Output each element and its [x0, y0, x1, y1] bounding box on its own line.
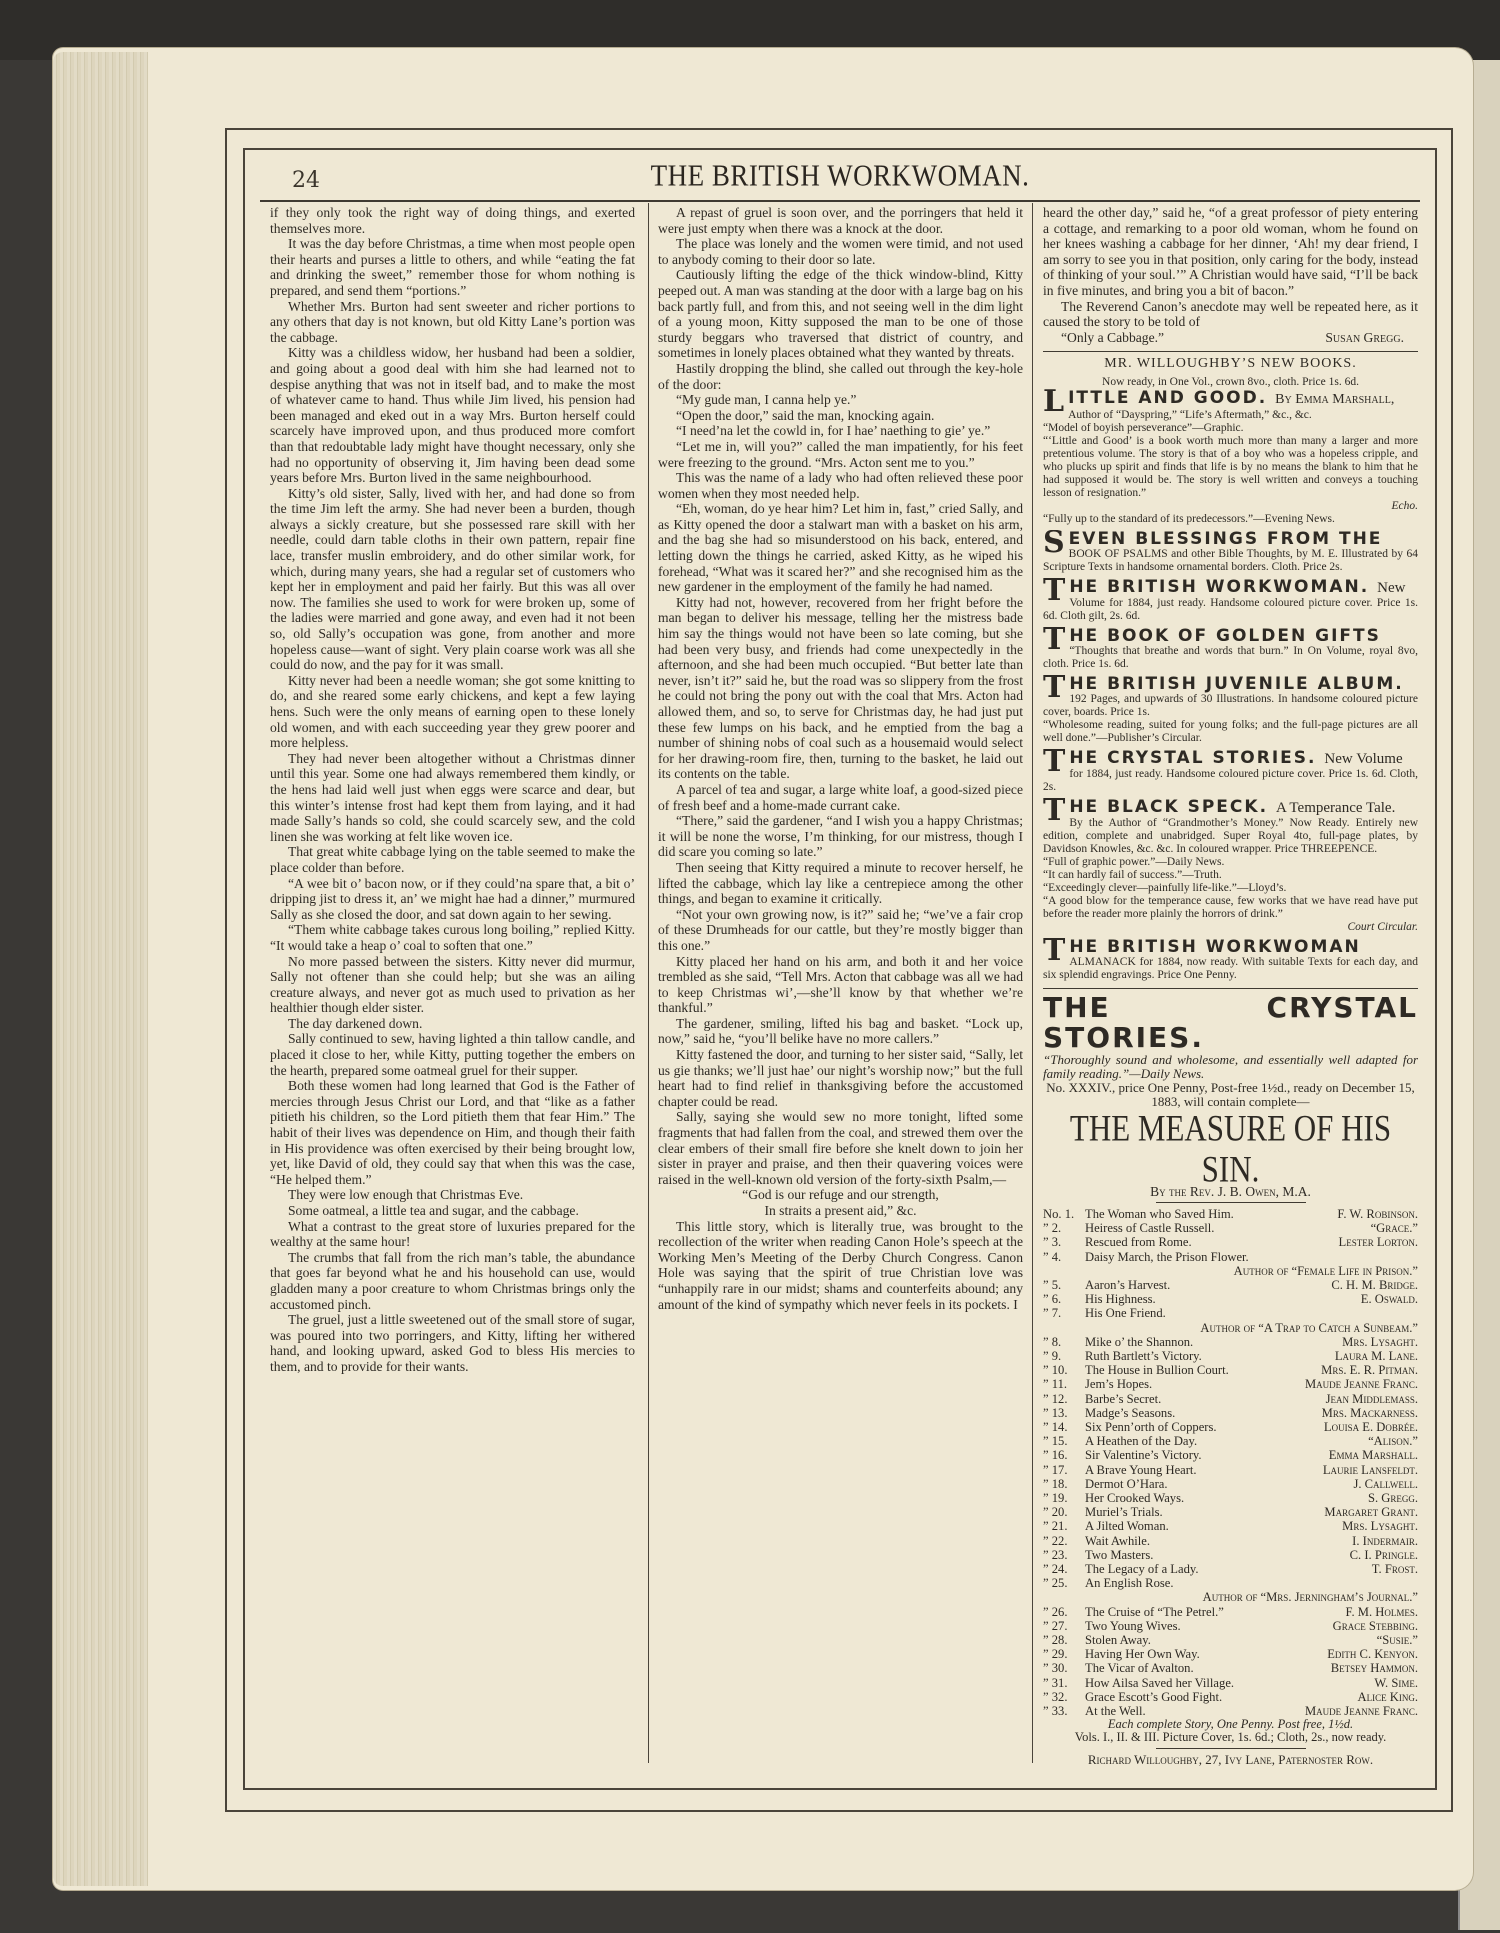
ad-title: HE BOOK OF GOLDEN GIFTS: [1069, 627, 1381, 646]
story-title: Six Penn’orth of Coppers.: [1085, 1420, 1324, 1434]
story-paragraph: “I need’na let the cowld in, for I hae’ …: [658, 423, 1023, 439]
story-author: Lester Lorton.: [1339, 1235, 1418, 1249]
story-author: “Alison.”: [1368, 1434, 1418, 1448]
story-list: No. 1.The Woman who Saved Him.F. W. Robi…: [1043, 1207, 1418, 1718]
story-number: ” 26.: [1043, 1605, 1085, 1619]
drop-cap: T: [1043, 578, 1067, 604]
story-title: Barbe’s Secret.: [1085, 1392, 1326, 1406]
story-paragraph: A repast of gruel is soon over, and the …: [658, 205, 1023, 236]
story-list-item: ” 28.Stolen Away.“Susie.”: [1043, 1633, 1418, 1647]
column-3-story-and-ads: heard the other day,” said he, “of a gre…: [1043, 205, 1418, 1775]
story-number: ” 6.: [1043, 1292, 1085, 1306]
story-author-note: Author of “A Trap to Catch a Sunbeam.”: [1043, 1321, 1418, 1335]
story-title: Heiress of Castle Russell.: [1085, 1221, 1371, 1235]
ad-british-workwoman-volume: THE BRITISH WORKWOMAN. New Volume for 18…: [1043, 578, 1418, 623]
story-paragraph: Sally continued to sew, having lighted a…: [270, 1031, 635, 1078]
story-author: F. M. Holmes.: [1345, 1605, 1418, 1619]
story-paragraph: It was the day before Christmas, a time …: [270, 236, 635, 298]
story-number: ” 13.: [1043, 1406, 1085, 1420]
ad-body: ALMANACK for 1884, now ready. With suita…: [1043, 956, 1418, 982]
story-author: F. W. Robinson.: [1337, 1207, 1418, 1221]
story-list-item: ” 10.The House in Bullion Court.Mrs. E. …: [1043, 1363, 1418, 1377]
drop-cap: L: [1043, 389, 1066, 415]
story-number: ” 22.: [1043, 1534, 1085, 1548]
story-paragraph: A parcel of tea and sugar, a large white…: [658, 782, 1023, 813]
story-author: T. Frost.: [1372, 1562, 1418, 1576]
story-author: “Susie.”: [1377, 1633, 1418, 1647]
ad-body: 192 Pages, and upwards of 30 Illustratio…: [1043, 693, 1418, 719]
story-number: ” 15.: [1043, 1434, 1085, 1448]
story-paragraph: if they only took the right way of doing…: [270, 205, 635, 236]
story-paragraph: “Let me in, will you?” called the man im…: [658, 439, 1023, 470]
ad-body: BOOK OF PSALMS and other Bible Thoughts,…: [1043, 548, 1418, 574]
story-author: Alice King.: [1358, 1690, 1418, 1704]
story-title: Two Masters.: [1085, 1548, 1350, 1562]
story-paragraph: Hastily dropping the blind, she called o…: [658, 361, 1023, 392]
story-number: ” 5.: [1043, 1278, 1085, 1292]
story-number: ” 17.: [1043, 1463, 1085, 1477]
divider: [1156, 1202, 1306, 1203]
story-list-item: ” 26.The Cruise of “The Petrel.”F. M. Ho…: [1043, 1605, 1418, 1619]
story-paragraph: Sally, saying she would sew no more toni…: [658, 1109, 1023, 1187]
story-title: His Highness.: [1085, 1292, 1361, 1306]
journal-title: THE BRITISH WORKWOMAN.: [260, 158, 1420, 194]
story-list-item: ” 20.Muriel’s Trials.Margaret Grant.: [1043, 1505, 1418, 1519]
masthead: 24 THE BRITISH WORKWOMAN.: [260, 152, 1420, 202]
story-number: ” 3.: [1043, 1235, 1085, 1249]
story-author-note: Author of “Female Life in Prison.”: [1043, 1264, 1418, 1278]
story-paragraph: Kitty had not, however, recovered from h…: [658, 595, 1023, 782]
story-author: E. Oswald.: [1361, 1292, 1418, 1306]
story-number: No. 1.: [1043, 1207, 1085, 1221]
ad-little-and-good: Now ready, in One Vol., crown 8vo., clot…: [1043, 376, 1418, 526]
story-number: ” 20.: [1043, 1505, 1085, 1519]
story-author: Mrs. Mackarness.: [1322, 1406, 1418, 1420]
story-author: Emma Marshall.: [1329, 1448, 1418, 1462]
story-list-item: ” 17.A Brave Young Heart.Laurie Lansfeld…: [1043, 1463, 1418, 1477]
story-number: ” 7.: [1043, 1306, 1085, 1320]
story-list-item: ” 27.Two Young Wives.Grace Stebbing.: [1043, 1619, 1418, 1633]
story-title: Grace Escott’s Good Fight.: [1085, 1690, 1358, 1704]
story-title: Muriel’s Trials.: [1085, 1505, 1324, 1519]
story-number: ” 18.: [1043, 1477, 1085, 1491]
crystal-stories-quote: “Thoroughly sound and wholesome, and ess…: [1043, 1053, 1418, 1081]
story-number: ” 10.: [1043, 1363, 1085, 1377]
story-author: Mrs. Lysaght.: [1342, 1519, 1418, 1533]
story-list-item: ” 12.Barbe’s Secret.Jean Middlemass.: [1043, 1392, 1418, 1406]
story-title: Daisy March, the Prison Flower.: [1085, 1250, 1418, 1264]
ad-body: for 1884, just ready. Handsome coloured …: [1043, 768, 1418, 794]
column-divider: [648, 203, 649, 1763]
drop-cap: T: [1043, 627, 1067, 653]
story-paragraph: “A wee bit o’ bacon now, or if they coul…: [270, 876, 635, 923]
story-number: ” 27.: [1043, 1619, 1085, 1633]
story-author-note: Author of “Mrs. Jerningham’s Journal.”: [1043, 1590, 1418, 1604]
story-title: The Legacy of a Lady.: [1085, 1562, 1372, 1576]
crystal-stories-title: THE CRYSTAL STORIES.: [1043, 993, 1418, 1053]
story-author: W. Sime.: [1374, 1676, 1418, 1690]
feature-story-title: THE MEASURE OF HIS SIN.: [1043, 1108, 1418, 1190]
ad-title-tail: New: [1377, 580, 1405, 596]
story-list-item: ” 15.A Heathen of the Day.“Alison.”: [1043, 1434, 1418, 1448]
story-title: Mike o’ the Shannon.: [1085, 1335, 1342, 1349]
story-number: ” 30.: [1043, 1661, 1085, 1675]
story-title: A Jilted Woman.: [1085, 1519, 1342, 1533]
story-signature: “Only a Cabbage.” Susan Gregg.: [1043, 330, 1418, 346]
story-number: ” 14.: [1043, 1420, 1085, 1434]
story-title: Two Young Wives.: [1085, 1619, 1333, 1633]
story-title: A Heathen of the Day.: [1085, 1434, 1368, 1448]
story-author: Louisa E. Dobrée.: [1324, 1420, 1418, 1434]
drop-cap: T: [1043, 675, 1067, 701]
story-list-item: ” 19.Her Crooked Ways.S. Gregg.: [1043, 1491, 1418, 1505]
story-paragraph: “Them white cabbage takes curous long bo…: [270, 922, 635, 953]
story-list-item: ” 11.Jem’s Hopes.Maude Jeanne Franc.: [1043, 1377, 1418, 1391]
divider: [1043, 988, 1418, 989]
ad-review: “Wholesome reading, suited for young fol…: [1043, 719, 1418, 745]
ad-seven-blessings: SEVEN BLESSINGS FROM THE BOOK OF PSALMS …: [1043, 530, 1418, 574]
story-number: ” 2.: [1043, 1221, 1085, 1235]
story-author: Mrs. E. R. Pitman.: [1321, 1363, 1418, 1377]
story-number: ” 24.: [1043, 1562, 1085, 1576]
story-author: Mrs. Lysaght.: [1342, 1335, 1418, 1349]
story-number: ” 21.: [1043, 1519, 1085, 1533]
story-title: The Vicar of Avalton.: [1085, 1661, 1331, 1675]
ad-author-of: Author of “Dayspring,” “Life’s Aftermath…: [1043, 409, 1418, 422]
drop-cap: T: [1043, 749, 1067, 775]
story-paragraph: What a contrast to the great store of lu…: [270, 1219, 635, 1250]
story-author: C. I. Pringle.: [1350, 1548, 1418, 1562]
ad-body: Volume for 1884, just ready. Handsome co…: [1043, 597, 1418, 623]
story-author: Maude Jeanne Franc.: [1305, 1377, 1418, 1391]
ad-golden-gifts: THE BOOK OF GOLDEN GIFTS “Thoughts that …: [1043, 627, 1418, 671]
ad-review: “‘Little and Good’ is a book worth much …: [1043, 435, 1418, 500]
ad-review: “Full of graphic power.”—Daily News.: [1043, 856, 1418, 869]
story-title: Jem’s Hopes.: [1085, 1377, 1305, 1391]
story-list-item: ” 7.His One Friend.: [1043, 1306, 1418, 1320]
ad-title: HE BRITISH WORKWOMAN: [1069, 938, 1360, 957]
story-title: The Cruise of “The Petrel.”: [1085, 1605, 1345, 1619]
story-end-paragraph: The Reverend Canon’s anecdote may well b…: [1043, 299, 1418, 330]
story-paragraph: “Eh, woman, do ye hear him? Let him in, …: [658, 501, 1023, 595]
story-list-item: ” 16.Sir Valentine’s Victory.Emma Marsha…: [1043, 1448, 1418, 1462]
ad-review: “A good blow for the temperance cause, f…: [1043, 895, 1418, 921]
story-list-item: ” 2.Heiress of Castle Russell.“Grace.”: [1043, 1221, 1418, 1235]
drop-cap: T: [1043, 798, 1067, 824]
story-closing-paragraph: This little story, which is literally tr…: [658, 1219, 1023, 1313]
ad-title-tail: New Volume: [1324, 751, 1402, 767]
story-list-item: ” 13.Madge’s Seasons.Mrs. Mackarness.: [1043, 1406, 1418, 1420]
story-author: I. Indermair.: [1352, 1534, 1418, 1548]
story-paragraph: “Open the door,” said the man, knocking …: [658, 408, 1023, 424]
story-number: ” 28.: [1043, 1633, 1085, 1647]
story-author: “Grace.”: [1371, 1221, 1418, 1235]
ad-review: “Fully up to the standard of its predece…: [1043, 513, 1418, 526]
story-list-item: ” 31.How Ailsa Saved her Village.W. Sime…: [1043, 1676, 1418, 1690]
story-author: S. Gregg.: [1368, 1491, 1418, 1505]
story-number: ” 33.: [1043, 1704, 1085, 1718]
ad-title: HE BLACK SPECK.: [1069, 798, 1268, 817]
story-paragraph: Then seeing that Kitty required a minute…: [658, 860, 1023, 907]
divider: [1156, 1748, 1306, 1749]
ad-body: “Thoughts that breathe and words that bu…: [1043, 645, 1418, 671]
story-paragraph: No more passed between the sisters. Kitt…: [270, 954, 635, 1016]
story-paragraph: The crumbs that fall from the rich man’s…: [270, 1250, 635, 1312]
story-paragraph: Some oatmeal, a little tea and sugar, an…: [270, 1203, 635, 1219]
story-title: Sir Valentine’s Victory.: [1085, 1448, 1329, 1462]
story-author: Edith C. Kenyon.: [1327, 1647, 1418, 1661]
ad-crystal-stories-volume: THE CRYSTAL STORIES. New Volume for 1884…: [1043, 749, 1418, 794]
story-list-item: ” 23.Two Masters.C. I. Pringle.: [1043, 1548, 1418, 1562]
story-number: ” 31.: [1043, 1676, 1085, 1690]
story-title: Stolen Away.: [1085, 1633, 1377, 1647]
drop-cap: T: [1043, 938, 1067, 964]
story-number: ” 9.: [1043, 1349, 1085, 1363]
divider: [1043, 351, 1418, 352]
ad-title: HE BRITISH JUVENILE ALBUM.: [1069, 675, 1403, 694]
ad-review-source: Court Circular.: [1043, 921, 1418, 934]
story-title: Her Crooked Ways.: [1085, 1491, 1368, 1505]
ads-heading: MR. WILLOUGHBY’S NEW BOOKS.: [1043, 356, 1418, 372]
story-paragraph: “My gude man, I canna help ye.”: [658, 392, 1023, 408]
story-number: ” 4.: [1043, 1250, 1085, 1264]
story-list-item: ” 29.Having Her Own Way.Edith C. Kenyon.: [1043, 1647, 1418, 1661]
ad-review: “Model of boyish perseverance”—Graphic.: [1043, 422, 1418, 435]
story-list-item: No. 1.The Woman who Saved Him.F. W. Robi…: [1043, 1207, 1418, 1221]
story-title: His One Friend.: [1085, 1306, 1418, 1320]
story-paragraph: Both these women had long learned that G…: [270, 1078, 635, 1187]
story-title: Madge’s Seasons.: [1085, 1406, 1322, 1420]
story-number: ” 32.: [1043, 1690, 1085, 1704]
story-author: J. Callwell.: [1353, 1477, 1418, 1491]
story-paragraph: They had never been altogether without a…: [270, 751, 635, 845]
story-paragraph: Kitty fastened the door, and turning to …: [658, 1047, 1023, 1109]
story-paragraph: Cautiously lifting the edge of the thick…: [658, 267, 1023, 361]
story-title: The House in Bullion Court.: [1085, 1363, 1321, 1377]
story-list-item: ” 18.Dermot O’Hara.J. Callwell.: [1043, 1477, 1418, 1491]
ad-title: ITTLE AND GOOD.: [1068, 388, 1267, 408]
story-title: At the Well.: [1085, 1704, 1305, 1718]
story-number: ” 19.: [1043, 1491, 1085, 1505]
story-number: ” 29.: [1043, 1647, 1085, 1661]
story-list-item: ” 21.A Jilted Woman.Mrs. Lysaght.: [1043, 1519, 1418, 1533]
ad-review: “Exceedingly clever—painfully life-like.…: [1043, 882, 1418, 895]
story-end-paragraph: heard the other day,” said he, “of a gre…: [1043, 205, 1418, 299]
story-title: Aaron’s Harvest.: [1085, 1278, 1331, 1292]
story-number: ” 11.: [1043, 1377, 1085, 1391]
column-divider: [1032, 203, 1033, 1763]
drop-cap: S: [1043, 530, 1067, 556]
story-list-item: ” 5.Aaron’s Harvest.C. H. M. Bridge.: [1043, 1278, 1418, 1292]
story-paragraph: The place was lonely and the women were …: [658, 236, 1023, 267]
ad-body: By the Author of “Grandmother’s Money.” …: [1043, 817, 1418, 856]
ad-title: HE BRITISH WORKWOMAN.: [1069, 578, 1369, 597]
story-list-item: ” 6.His Highness.E. Oswald.: [1043, 1292, 1418, 1306]
ad-review-source: Echo.: [1043, 500, 1418, 513]
story-title: The Woman who Saved Him.: [1085, 1207, 1337, 1221]
story-author: Margaret Grant.: [1324, 1505, 1418, 1519]
crystal-stories-issue: No. XXXIV., price One Penny, Post-free 1…: [1043, 1081, 1418, 1109]
story-author: C. H. M. Bridge.: [1331, 1278, 1418, 1292]
story-paragraph: This was the name of a lady who had ofte…: [658, 470, 1023, 501]
story-author: Laura M. Lane.: [1335, 1349, 1418, 1363]
column-1-story: if they only took the right way of doing…: [270, 205, 635, 1775]
story-paragraph: Whether Mrs. Burton had sent sweeter and…: [270, 299, 635, 346]
ad-review: “It can hardly fail of success.”—Truth.: [1043, 869, 1418, 882]
story-author: Jean Middlemass.: [1326, 1392, 1418, 1406]
ad-title: EVEN BLESSINGS FROM THE: [1069, 530, 1383, 549]
story-list-item: ” 30.The Vicar of Avalton.Betsey Hammon.: [1043, 1661, 1418, 1675]
story-paragraph: “Not your own growing now, is it?” said …: [658, 907, 1023, 954]
story-paragraph: That great white cabbage lying on the ta…: [270, 844, 635, 875]
story-paragraph: Kitty was a childless widow, her husband…: [270, 345, 635, 485]
story-list-item: ” 3.Rescued from Rome.Lester Lorton.: [1043, 1235, 1418, 1249]
story-list-item: ” 33.At the Well.Maude Jeanne Franc.: [1043, 1704, 1418, 1718]
ad-title-tail: A Temperance Tale.: [1276, 800, 1395, 816]
story-number: ” 8.: [1043, 1335, 1085, 1349]
story-author: Laurie Lansfeldt.: [1323, 1463, 1418, 1477]
story-number: ” 12.: [1043, 1392, 1085, 1406]
story-title: Dermot O’Hara.: [1085, 1477, 1353, 1491]
page-fore-edge: [53, 52, 148, 1886]
story-title: Wait Awhile.: [1085, 1534, 1352, 1548]
ad-byline: By Emma Marshall,: [1275, 392, 1394, 407]
publisher-address: Richard Willoughby, 27, Ivy Lane, Patern…: [1043, 1753, 1418, 1766]
ad-black-speck: THE BLACK SPECK. A Temperance Tale. By t…: [1043, 798, 1418, 934]
story-paragraph: “There,” said the gardener, “and I wish …: [658, 813, 1023, 860]
psalm-verse-line-1: “God is our refuge and our strength,: [658, 1187, 1023, 1203]
story-paragraph: The gardener, smiling, lifted his bag an…: [658, 1016, 1023, 1047]
story-title: An English Rose.: [1085, 1576, 1418, 1590]
ad-title: HE CRYSTAL STORIES.: [1069, 749, 1316, 768]
story-author: Susan Gregg.: [1307, 330, 1404, 346]
story-author: Maude Jeanne Franc.: [1305, 1704, 1418, 1718]
story-paragraph: Kitty never had been a needle woman; she…: [270, 673, 635, 751]
story-title-quote: “Only a Cabbage.”: [1043, 330, 1164, 346]
ad-juvenile-album: THE BRITISH JUVENILE ALBUM. 192 Pages, a…: [1043, 675, 1418, 745]
story-paragraph: Kitty placed her hand on his arm, and bo…: [658, 954, 1023, 1016]
psalm-verse-line-2: In straits a present aid,” &c.: [658, 1203, 1023, 1219]
story-list-item: ” 9.Ruth Bartlett’s Victory.Laura M. Lan…: [1043, 1349, 1418, 1363]
story-title: How Ailsa Saved her Village.: [1085, 1676, 1374, 1690]
story-number: ” 23.: [1043, 1548, 1085, 1562]
story-title: A Brave Young Heart.: [1085, 1463, 1323, 1477]
story-list-item: ” 25.An English Rose.: [1043, 1576, 1418, 1590]
column-2-story: A repast of gruel is soon over, and the …: [658, 205, 1023, 1775]
ad-almanack: THE BRITISH WORKWOMAN ALMANACK for 1884,…: [1043, 938, 1418, 982]
story-title: Having Her Own Way.: [1085, 1647, 1327, 1661]
story-list-item: ” 32.Grace Escott’s Good Fight.Alice Kin…: [1043, 1690, 1418, 1704]
story-list-item: ” 22.Wait Awhile.I. Indermair.: [1043, 1534, 1418, 1548]
story-paragraph: Kitty’s old sister, Sally, lived with he…: [270, 486, 635, 673]
story-number: ” 25.: [1043, 1576, 1085, 1590]
story-paragraph: The gruel, just a little sweetened out o…: [270, 1312, 635, 1374]
story-paragraph: They were low enough that Christmas Eve.: [270, 1187, 635, 1203]
story-title: Ruth Bartlett’s Victory.: [1085, 1349, 1335, 1363]
volumes-note: Vols. I., II. & III. Picture Cover, 1s. …: [1043, 1731, 1418, 1744]
story-author: Grace Stebbing.: [1333, 1619, 1418, 1633]
story-list-item: ” 4.Daisy March, the Prison Flower.: [1043, 1250, 1418, 1264]
story-title: Rescued from Rome.: [1085, 1235, 1339, 1249]
story-author: Betsey Hammon.: [1331, 1661, 1418, 1675]
story-paragraph: The day darkened down.: [270, 1016, 635, 1032]
story-number: ” 16.: [1043, 1448, 1085, 1462]
story-list-item: ” 8.Mike o’ the Shannon.Mrs. Lysaght.: [1043, 1335, 1418, 1349]
story-list-item: ” 24.The Legacy of a Lady.T. Frost.: [1043, 1562, 1418, 1576]
story-list-item: ” 14.Six Penn’orth of Coppers.Louisa E. …: [1043, 1420, 1418, 1434]
